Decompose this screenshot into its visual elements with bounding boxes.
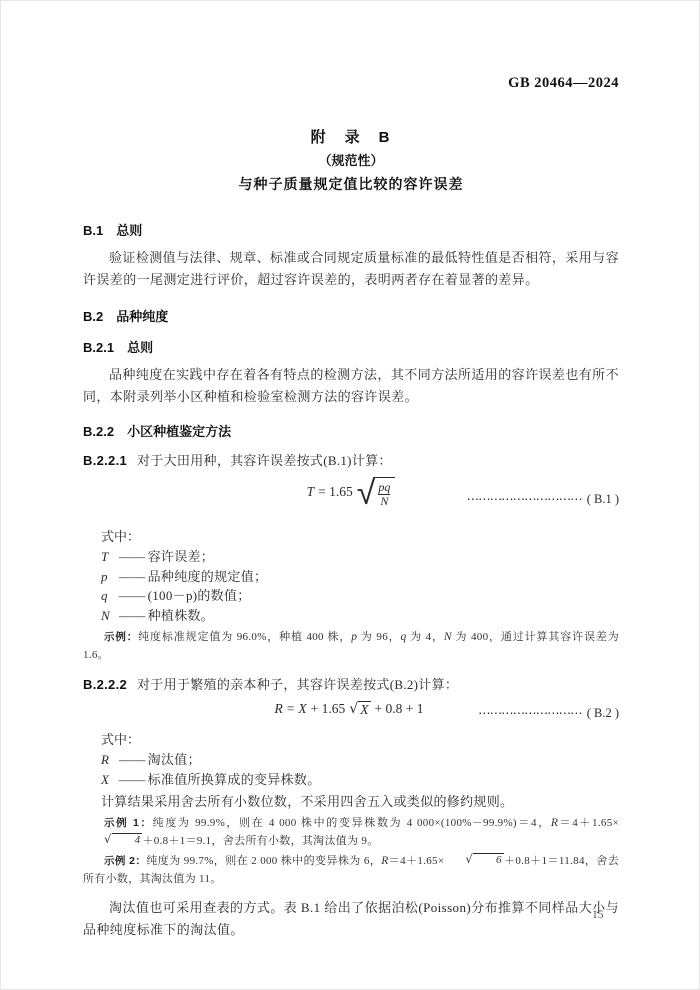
- heading-b21: B.2.1总则: [83, 339, 619, 356]
- example-1: 示例 1：纯度为 99.9%，则在 4 000 株中的变异株数为 4 000×(…: [83, 814, 619, 850]
- heading-b22-title: 小区种植鉴定方法: [127, 424, 231, 439]
- leader-dots: ⋯⋯⋯⋯⋯⋯⋯⋯⋯: [478, 706, 582, 720]
- symbol-definition: N——种植株数。: [83, 606, 619, 626]
- heading-b1-title: 总则: [116, 223, 142, 238]
- sqrt-4: √4: [83, 833, 142, 847]
- appendix-title-block: 附 录 B （规范性） 与种子质量规定值比较的容许误差: [83, 127, 619, 195]
- symbol-definition: q——(100－p)的数值；: [83, 586, 619, 606]
- clause-b222: B.2.2.2对于用于繁殖的亲本种子，其容许误差按式(B.2)计算：: [83, 675, 619, 695]
- document-page: GB 20464—2024 附 录 B （规范性） 与种子质量规定值比较的容许误…: [0, 0, 700, 990]
- formula-b2: R = X + 1.65 √X + 0.8 + 1: [274, 701, 427, 718]
- symbol-definition: T——容许误差；: [83, 547, 619, 567]
- heading-b22: B.2.2小区种植鉴定方法: [83, 423, 619, 440]
- leader-dots: ⋯⋯⋯⋯⋯⋯⋯⋯⋯⋯: [467, 492, 582, 506]
- sqrt-x: √X: [349, 701, 370, 718]
- equation-b2: R = X + 1.65 √X + 0.8 + 1 ⋯⋯⋯⋯⋯⋯⋯⋯⋯ ( B.…: [83, 700, 619, 726]
- radical-sign-icon: √: [444, 854, 473, 866]
- clause-b222-number: B.2.2.2: [83, 677, 127, 692]
- symbol-definition: p——品种纯度的规定值；: [83, 567, 619, 587]
- heading-b22-number: B.2.2: [83, 424, 114, 439]
- equation-b2-reference: ⋯⋯⋯⋯⋯⋯⋯⋯⋯ ( B.2 ): [478, 705, 619, 721]
- heading-b21-number: B.2.1: [83, 340, 114, 355]
- formula-b2-lhs: R: [274, 701, 282, 717]
- heading-b1: B.1总则: [83, 222, 619, 239]
- where-label: 式中：: [83, 527, 619, 547]
- standard-code: GB 20464—2024: [83, 75, 619, 91]
- formula-b1-coef: = 1.65: [318, 484, 353, 500]
- clause-b221-number: B.2.2.1: [83, 453, 127, 468]
- equation-b1-label: ( B.1 ): [587, 492, 619, 506]
- fraction-numerator: pq: [376, 481, 392, 494]
- page-number: 15: [592, 909, 604, 921]
- radical-fraction: √ pq N: [357, 475, 396, 509]
- clause-b222-text: 对于用于繁殖的亲本种子，其容许误差按式(B.2)计算：: [137, 677, 458, 692]
- clause-b221: B.2.2.1对于大田用种，其容许误差按式(B.1)计算：: [83, 451, 619, 471]
- where-list-b2: 式中： R——淘汰值； X——标准值所换算成的变异株数。: [83, 730, 619, 790]
- where-label: 式中：: [83, 730, 619, 750]
- equation-b1-reference: ⋯⋯⋯⋯⋯⋯⋯⋯⋯⋯ ( B.1 ): [467, 491, 619, 507]
- sqrt-6: √6: [444, 853, 503, 867]
- paragraph-b1: 验证检测值与法律、规章、标准或合同规定质量标准的最低特性值是否相符，采用与容许误…: [83, 247, 619, 291]
- equation-b1: T = 1.65 √ pq N ⋯⋯⋯⋯⋯⋯⋯⋯⋯⋯ ( B.1 ): [83, 475, 619, 523]
- example-b1: 示例：纯度标准规定值为 96.0%，种植 400 株，p 为 96，q 为 4，…: [83, 628, 619, 664]
- radical-sign-icon: √: [349, 702, 358, 716]
- equation-b2-label: ( B.2 ): [587, 706, 619, 720]
- clause-b221-text: 对于大田用种，其容许误差按式(B.1)计算：: [137, 453, 392, 468]
- paragraph-table-reference: 淘汰值也可采用查表的方式。表 B.1 给出了依据泊松(Poisson)分布推算不…: [83, 897, 619, 941]
- paragraph-b21: 品种纯度在实践中存在着各有特点的检测方法，其不同方法所适用的容许误差也有所不同，…: [83, 364, 619, 408]
- fraction-denominator: N: [378, 494, 390, 508]
- example-2: 示例 2：纯度为 99.7%，则在 2 000 株中的变异株为 6，R＝4＋1.…: [83, 852, 619, 888]
- heading-b2-number: B.2: [83, 309, 103, 324]
- appendix-heading: 附 录 B: [83, 127, 619, 149]
- heading-b21-title: 总则: [127, 340, 153, 355]
- formula-b1: T = 1.65 √ pq N: [307, 475, 396, 509]
- radical-sign-icon: √: [83, 834, 112, 846]
- formula-b1-lhs: T: [307, 484, 315, 500]
- radical-sign-icon: √: [357, 476, 376, 510]
- heading-b2-title: 品种纯度: [116, 309, 168, 324]
- rounding-rule-note: 计算结果采用舍去所有小数位数，不采用四舍五入或类似的修约规则。: [83, 791, 619, 812]
- where-list-b1: 式中： T——容许误差； p——品种纯度的规定值； q——(100－p)的数值；…: [83, 527, 619, 625]
- appendix-subtitle: 与种子质量规定值比较的容许误差: [83, 174, 619, 195]
- heading-b2: B.2品种纯度: [83, 308, 619, 325]
- heading-b1-number: B.1: [83, 223, 103, 238]
- symbol-definition: X——标准值所换算成的变异株数。: [83, 770, 619, 790]
- appendix-normative-label: （规范性）: [83, 151, 619, 171]
- symbol-definition: R——淘汰值；: [83, 750, 619, 770]
